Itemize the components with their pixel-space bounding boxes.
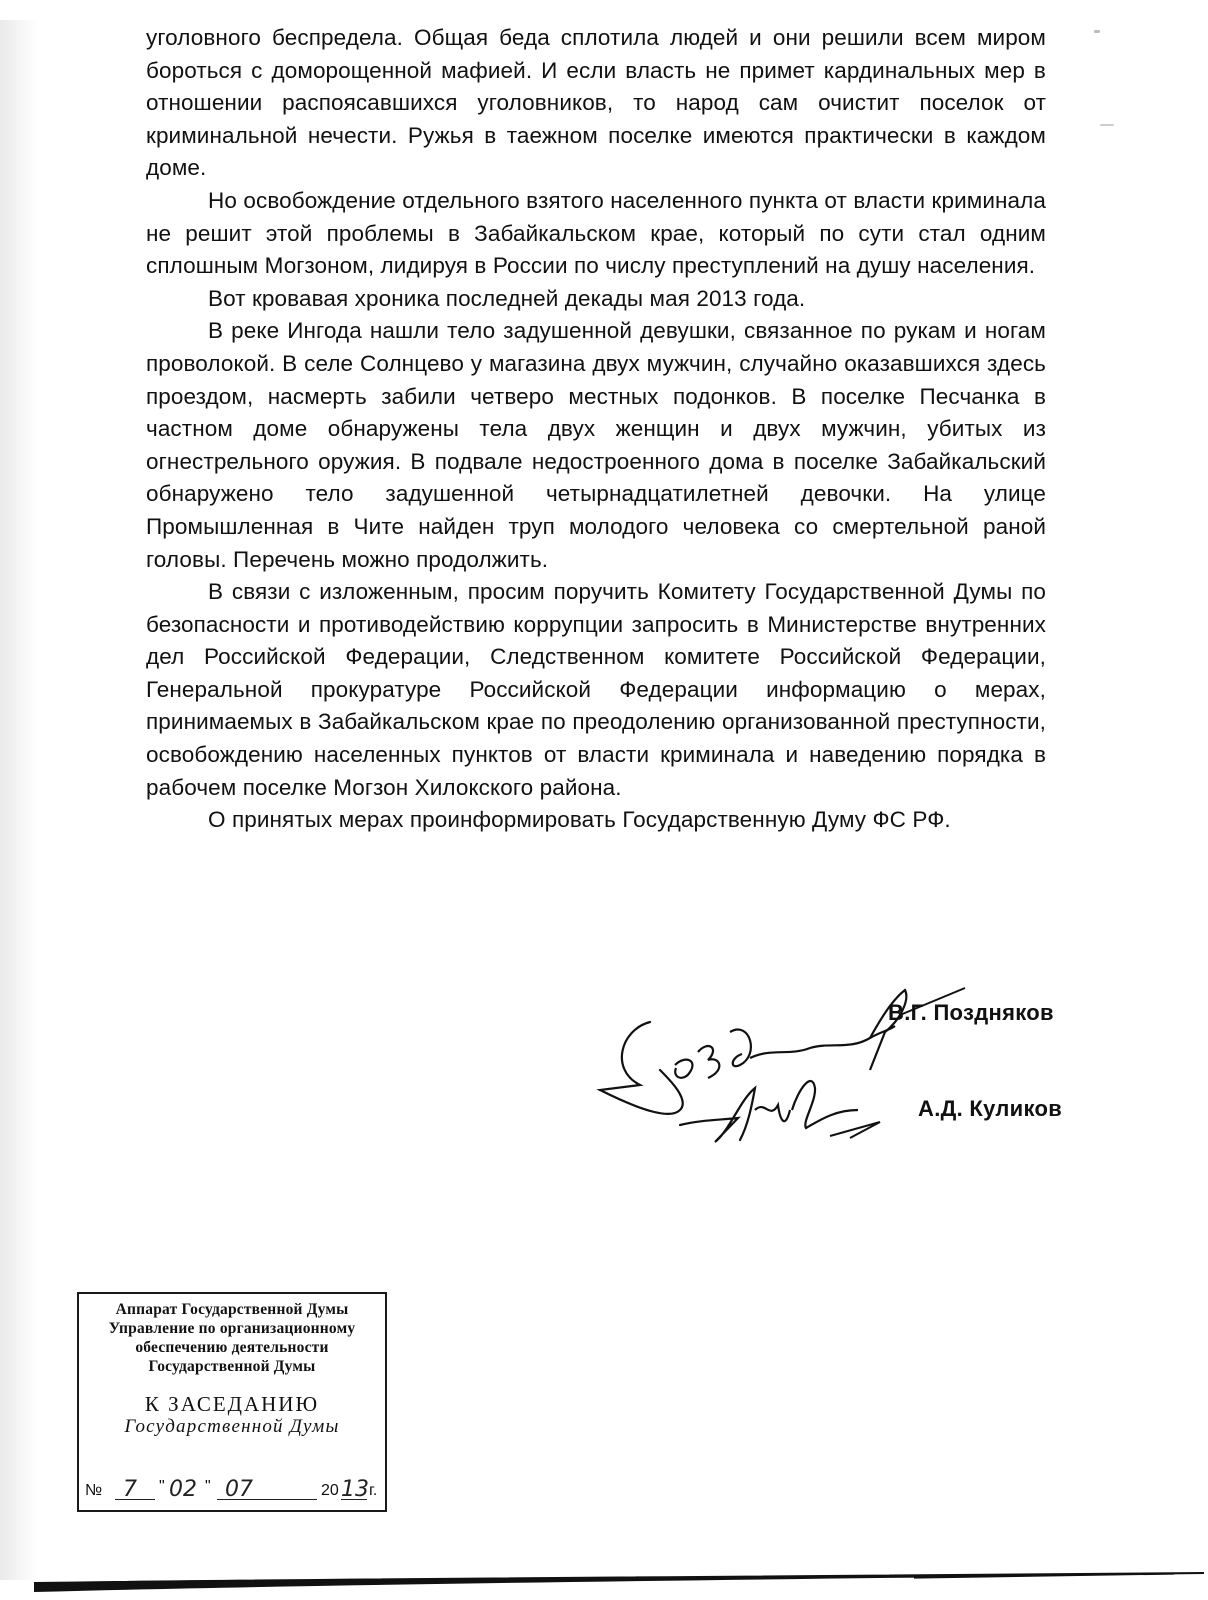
paragraph: В реке Ингода нашли тело задушенной деву… bbox=[146, 315, 1046, 576]
paragraph: В связи с изложенным, просим поручить Ко… bbox=[146, 576, 1046, 804]
registration-stamp: Аппарат Государственной Думы Управление … bbox=[77, 1292, 387, 1512]
scan-speck bbox=[1094, 30, 1100, 33]
year-suffix: г. bbox=[369, 1482, 377, 1500]
paragraph: уголовного беспредела. Общая беда сплоти… bbox=[146, 22, 1046, 185]
quote-open: " bbox=[159, 1478, 165, 1496]
paragraph: Вот кровавая хроника последней декады ма… bbox=[146, 283, 1046, 316]
quote-close: " bbox=[205, 1478, 211, 1496]
stamp-header-line: Аппарат Государственной Думы bbox=[79, 1300, 385, 1319]
year-prefix: 20 bbox=[321, 1482, 339, 1500]
letter-body: уголовного беспредела. Общая беда сплоти… bbox=[146, 22, 1046, 837]
stamp-header-line: Управление по организационному bbox=[79, 1319, 385, 1338]
number-value: 7 bbox=[123, 1477, 137, 1502]
stamp-header-line: Государственной Думы bbox=[79, 1357, 385, 1376]
signature-block: В.Г. Поздняков А.Д. Куликов bbox=[580, 960, 1100, 1160]
signatory-name: А.Д. Куликов bbox=[918, 1096, 1062, 1122]
handwritten-signature-icon bbox=[580, 960, 1100, 1160]
paragraph: Но освобождение отдельного взятого насел… bbox=[146, 185, 1046, 283]
month-value: 07 bbox=[225, 1477, 253, 1502]
number-label: № bbox=[85, 1482, 102, 1500]
signatory-name: В.Г. Поздняков bbox=[888, 1000, 1054, 1026]
paragraph: О принятых мерах проинформировать Госуда… bbox=[146, 804, 1046, 837]
stamp-number-row: № 7 " 02 " 07 20 13 г. bbox=[85, 1472, 381, 1502]
year-value: 13 bbox=[341, 1477, 369, 1502]
day-value: 02 bbox=[169, 1477, 197, 1502]
scan-speck bbox=[1100, 124, 1114, 126]
stamp-title: К ЗАСЕДАНИЮ bbox=[79, 1392, 385, 1416]
stamp-subtitle: Государственной Думы bbox=[79, 1416, 385, 1438]
stamp-header: Аппарат Государственной Думы Управление … bbox=[79, 1300, 385, 1376]
stamp-header-line: обеспечению деятельности bbox=[79, 1338, 385, 1357]
document-page: уголовного беспредела. Общая беда сплоти… bbox=[0, 0, 1208, 1600]
scan-edge-line bbox=[34, 1572, 1204, 1596]
